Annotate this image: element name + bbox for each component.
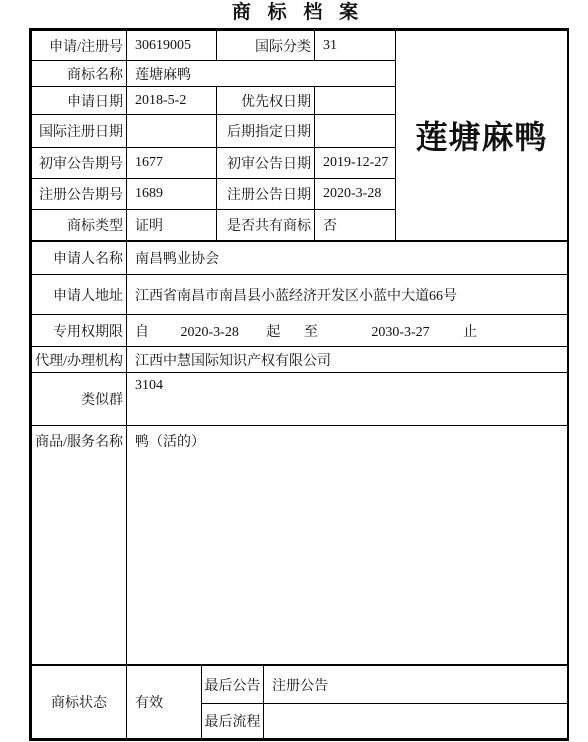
field-priority-date-value [315,87,396,115]
row-similar-group: 类似群 3104 [32,373,568,426]
field-agency-value: 江西中慧国际知识产权有限公司 [127,347,568,373]
field-status-value: 有效 [127,666,202,739]
trademark-record-table: 申请/注册号 30619005 国际分类 31 莲塘麻鸭 商标名称 莲塘麻鸭 申… [29,28,569,741]
info-table: 申请/注册号 30619005 国际分类 31 莲塘麻鸭 商标名称 莲塘麻鸭 申… [31,30,568,665]
field-reg-gazette-no-label: 注册公告期号 [32,179,127,210]
field-first-gazette-date-value: 2019-12-27 [315,148,396,179]
field-goods-label: 商品/服务名称 [32,426,127,665]
row-status-last-gazette: 商标状态 有效 最后公告 注册公告 [32,666,568,704]
field-applicant-addr-value: 江西省南昌市南昌县小蓝经济开发区小蓝中大道66号 [127,275,568,315]
field-applicant-name-value: 南昌鸭业协会 [127,241,568,275]
field-tm-name-value: 莲塘麻鸭 [127,61,396,87]
field-app-date-value: 2018-5-2 [127,87,217,115]
row-applicant-addr: 申请人地址 江西省南昌市南昌县小蓝经济开发区小蓝中大道66号 [32,275,568,315]
field-applicant-name-label: 申请人名称 [32,241,127,275]
field-last-flow-value [264,704,568,739]
period-to-prefix: 至 [304,325,318,340]
field-similar-group-value: 3104 [127,373,568,426]
field-intl-reg-date-value [127,115,217,148]
field-app-no-value: 30619005 [127,31,217,61]
trademark-record-document: 商 标 档 案 申请/注册号 30619005 国际分类 31 莲塘麻鸭 商标名… [0,0,588,742]
field-agency-label: 代理/办理机构 [32,347,127,373]
field-app-date-label: 申请日期 [32,87,127,115]
field-first-gazette-no-value: 1677 [127,148,217,179]
page-title: 商 标 档 案 [30,0,566,27]
field-applicant-addr-label: 申请人地址 [32,275,127,315]
field-last-gazette-label: 最后公告 [202,666,264,704]
field-tm-type-label: 商标类型 [32,210,127,241]
field-app-no-label: 申请/注册号 [32,31,127,61]
field-tm-name-label: 商标名称 [32,61,127,87]
period-from-prefix: 自 [135,325,149,340]
field-intl-class-label: 国际分类 [217,31,315,61]
field-reg-gazette-date-label: 注册公告日期 [217,179,315,210]
trademark-display-cell: 莲塘麻鸭 [396,31,568,241]
field-intl-reg-date-label: 国际注册日期 [32,115,127,148]
period-to-suffix: 止 [463,325,477,340]
field-later-desig-date-label: 后期指定日期 [217,115,315,148]
field-last-flow-label: 最后流程 [202,704,264,739]
period-from-suffix: 起 [266,325,280,340]
field-shared-label: 是否共有商标 [217,210,315,241]
row-agency: 代理/办理机构 江西中慧国际知识产权有限公司 [32,347,568,373]
field-later-desig-date-value [315,115,396,148]
field-shared-value: 否 [315,210,396,241]
period-from-date: 2020-3-28 [181,325,239,340]
field-exclusive-period-value: 自 2020-3-28 起 至 2030-3-27 止 [127,315,568,347]
row-applicant-name: 申请人名称 南昌鸭业协会 [32,241,568,275]
field-first-gazette-date-label: 初审公告日期 [217,148,315,179]
row-goods: 商品/服务名称 鸭（活的） [32,426,568,665]
field-similar-group-label: 类似群 [32,373,127,426]
row-exclusive-period: 专用权期限 自 2020-3-28 起 至 2030-3-27 止 [32,315,568,347]
row-app-no: 申请/注册号 30619005 国际分类 31 莲塘麻鸭 [32,31,568,61]
field-reg-gazette-date-value: 2020-3-28 [315,179,396,210]
field-goods-value: 鸭（活的） [127,426,568,665]
field-intl-class-value: 31 [315,31,396,61]
period-to-date: 2030-3-27 [371,325,429,340]
field-last-gazette-value: 注册公告 [264,666,568,704]
field-tm-type-value: 证明 [127,210,217,241]
field-reg-gazette-no-value: 1689 [127,179,217,210]
field-exclusive-period-label: 专用权期限 [32,315,127,347]
field-status-label: 商标状态 [32,666,127,739]
status-table: 商标状态 有效 最后公告 注册公告 最后流程 [31,665,568,739]
field-first-gazette-no-label: 初审公告期号 [32,148,127,179]
field-priority-date-label: 优先权日期 [217,87,315,115]
